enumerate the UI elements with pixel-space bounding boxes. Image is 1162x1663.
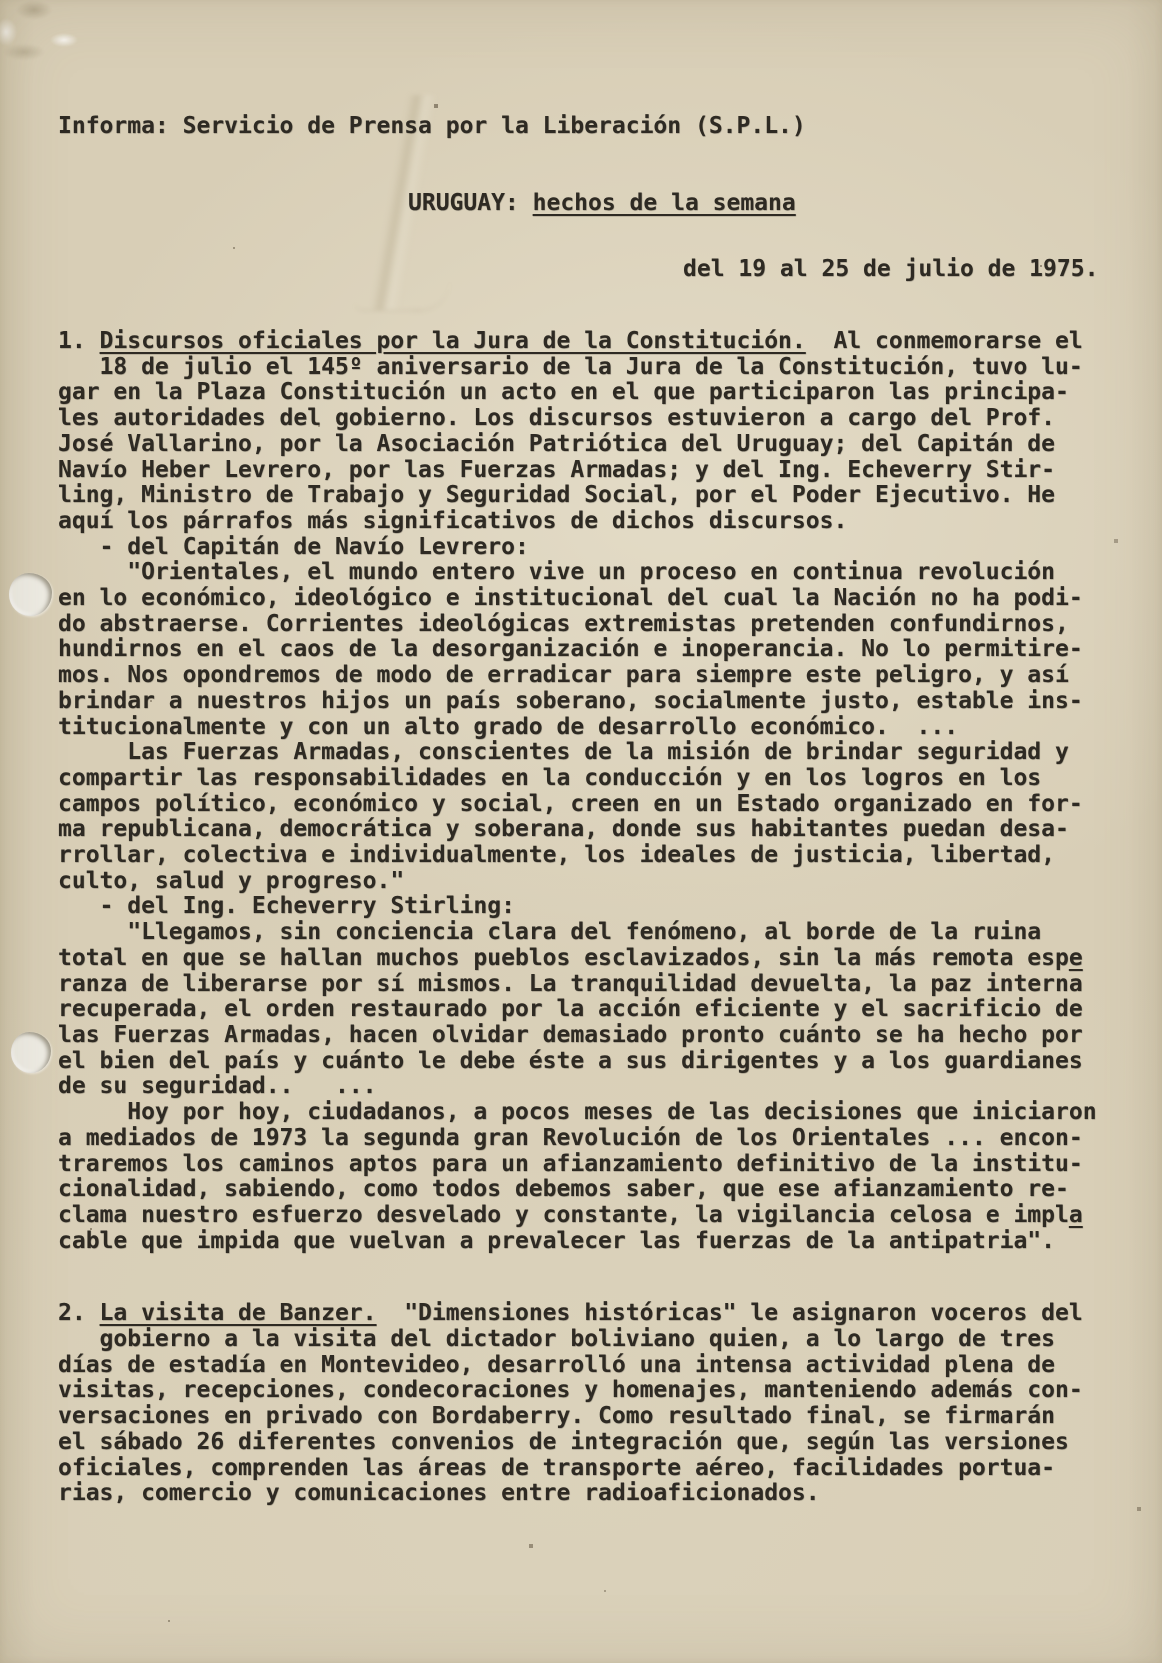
punch-hole-bottom: [11, 1032, 51, 1073]
body-line: gobierno a la visita del dictador bolivi…: [58, 1327, 1097, 1353]
body-line: cionalidad, sabiendo, como todos debemos…: [58, 1177, 1097, 1203]
body-line: de su seguridad.. ...: [58, 1074, 1097, 1100]
body-line: visitas, recepciones, condecoraciones y …: [58, 1378, 1097, 1404]
body-line: rrollar, colectiva e individualmente, lo…: [58, 843, 1097, 869]
body-line: brindar a nuestros hijos un país soberan…: [58, 689, 1097, 715]
body-line: total en que se hallan muchos pueblos es…: [58, 946, 1097, 972]
title-subject: hechos de la semana: [533, 190, 796, 216]
document-title: URUGUAY: hechos de la semana: [408, 191, 796, 217]
body-line: a mediados de 1973 la segunda gran Revol…: [58, 1126, 1097, 1152]
section-heading: Discursos oficiales por la Jura de la Co…: [100, 328, 806, 354]
body-line: "Llegamos, sin conciencia clara del fenó…: [58, 920, 1097, 946]
body-line: clama nuestro esfuerzo desvelado y const…: [58, 1203, 1097, 1229]
hyphenation-underline: a: [1069, 1202, 1083, 1228]
body-line: versaciones en privado con Bordaberry. C…: [58, 1404, 1097, 1430]
section-1: 1. Discursos oficiales por la Jura de la…: [58, 329, 1097, 1254]
section-heading-line: 2. La visita de Banzer. "Dimensiones his…: [58, 1301, 1097, 1327]
body-line: "Orientales, el mundo entero vive un pro…: [58, 560, 1097, 586]
hyphenation-underline: e: [1069, 945, 1083, 971]
body-line: el bien del país y cuánto le debe éste a…: [58, 1049, 1097, 1075]
body-line: ma republicana, democrática y soberana, …: [58, 817, 1097, 843]
body-line: traremos los caminos aptos para un afian…: [58, 1152, 1097, 1178]
body-line: ling, Ministro de Trabajo y Seguridad So…: [58, 483, 1097, 509]
section-number: 2.: [58, 1300, 100, 1326]
body-line: mos. Nos opondremos de modo de erradicar…: [58, 663, 1097, 689]
body-line: campos político, económico y social, cre…: [58, 792, 1097, 818]
body-line-text: clama nuestro esfuerzo desvelado y const…: [58, 1202, 1069, 1228]
body-line: 18 de julio el 145º aniversario de la Ju…: [58, 355, 1097, 381]
body-line: culto, salud y progreso.": [58, 869, 1097, 895]
body-line: les autoridades del gobierno. Los discur…: [58, 406, 1097, 432]
body-line: recuperada, el orden restaurado por la a…: [58, 997, 1097, 1023]
section-heading-rest: Al conmemorarse el: [806, 328, 1083, 354]
body-line: el sábado 26 diferentes convenios de int…: [58, 1430, 1097, 1456]
body-line: Hoy por hoy, ciudadanos, a pocos meses d…: [58, 1100, 1097, 1126]
body-line: ranza de liberarse por sí mismos. La tra…: [58, 972, 1097, 998]
section-number: 1.: [58, 328, 100, 354]
body-line: días de estadía en Montevideo, desarroll…: [58, 1353, 1097, 1379]
body-line: José Vallarino, por la Asociación Patrió…: [58, 432, 1097, 458]
body-line: rias, comercio y comunicaciones entre ra…: [58, 1481, 1097, 1507]
title-country: URUGUAY:: [408, 190, 533, 216]
body-line: en lo económico, ideológico e institucio…: [58, 586, 1097, 612]
body-line: cable que impida que vuelvan a prevalece…: [58, 1229, 1097, 1255]
body-line: titucionalmente y con un alto grado de d…: [58, 715, 1097, 741]
body-line-text: total en que se hallan muchos pueblos es…: [58, 945, 1069, 971]
section-heading-rest: "Dimensiones históricas" le asignaron vo…: [377, 1300, 1083, 1326]
body-line: Navío Heber Levrero, por las Fuerzas Arm…: [58, 458, 1097, 484]
scanned-document-page: Informa: Servicio de Prensa por la Liber…: [0, 0, 1162, 1663]
body-line: gar en la Plaza Constitución un acto en …: [58, 380, 1097, 406]
date-line: del 19 al 25 de julio de 1975.: [683, 257, 1098, 283]
body-line: las Fuerzas Armadas, hacen olvidar demas…: [58, 1023, 1097, 1049]
source-line: Informa: Servicio de Prensa por la Liber…: [58, 114, 806, 140]
body-line: aquí los párrafos más significativos de …: [58, 509, 1097, 535]
body-line: - del Capitán de Navío Levrero:: [58, 535, 1097, 561]
paper-specks: [0, 0, 2, 2]
body-line: Las Fuerzas Armadas, conscientes de la m…: [58, 740, 1097, 766]
body-line: compartir las responsabilidades en la co…: [58, 766, 1097, 792]
document-body: 1. Discursos oficiales por la Jura de la…: [58, 329, 1097, 1507]
body-line: oficiales, comprenden las áreas de trans…: [58, 1456, 1097, 1482]
corner-crumple-mark: [0, 0, 114, 82]
section-2: 2. La visita de Banzer. "Dimensiones his…: [58, 1301, 1097, 1507]
body-line: do abstraerse. Corrientes ideológicas ex…: [58, 612, 1097, 638]
section-heading-line: 1. Discursos oficiales por la Jura de la…: [58, 329, 1097, 355]
body-line: hundirnos en el caos de la desorganizaci…: [58, 637, 1097, 663]
punch-hole-top: [9, 573, 52, 616]
section-heading: La visita de Banzer.: [100, 1300, 377, 1326]
body-line: - del Ing. Echeverry Stirling:: [58, 894, 1097, 920]
